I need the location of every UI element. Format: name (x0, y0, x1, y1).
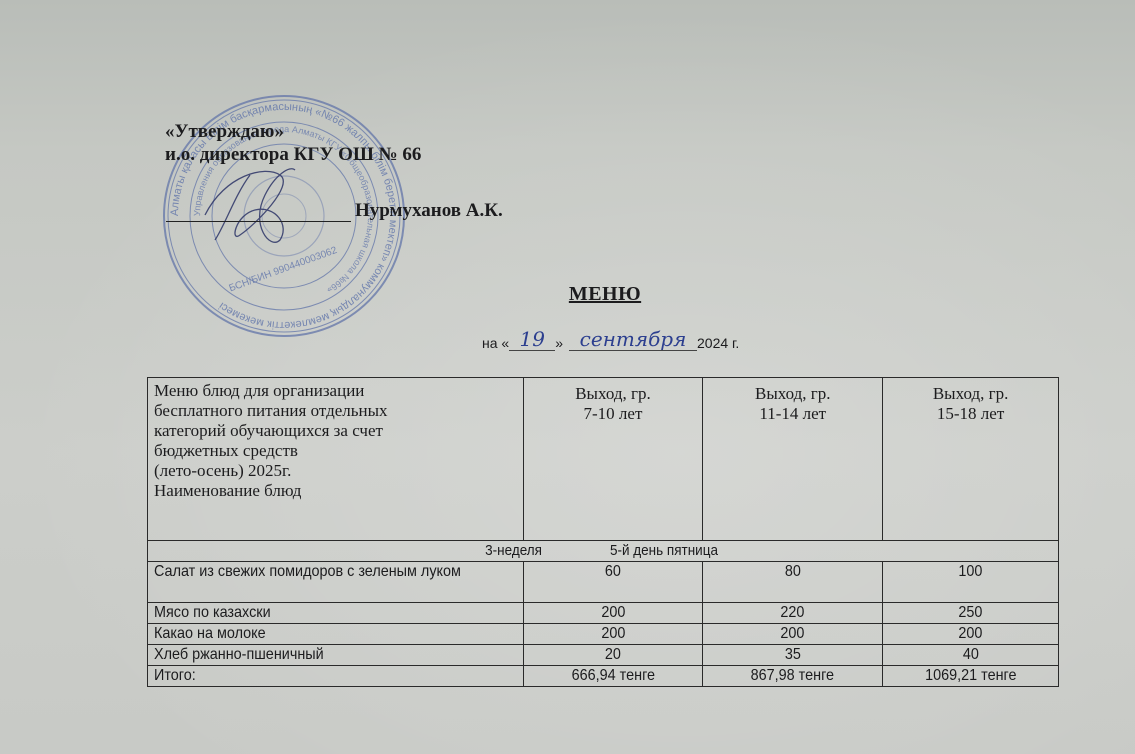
date-prefix: на « (482, 335, 509, 351)
portion-15-18: 100 (883, 562, 1059, 603)
total-7-10: 666,94 тенге (523, 666, 703, 687)
week-day-cell: 3-неделя5-й день пятница (148, 541, 1059, 562)
date-day: 19 (509, 327, 555, 351)
table-row: Какао на молоке 200 200 200 (148, 624, 1059, 645)
portion-7-10: 20 (523, 645, 703, 666)
header-line: категорий обучающихся за счет (154, 421, 517, 441)
value: 220 (781, 603, 805, 623)
total-value: 666,94 тенге (571, 666, 654, 686)
value: 40 (963, 645, 979, 665)
header-col-title: Выход, гр. (889, 384, 1052, 404)
page-title: МЕНЮ (0, 283, 1135, 306)
value: 80 (785, 562, 801, 582)
table-row: Хлеб ржанно-пшеничный 20 35 40 (148, 645, 1059, 666)
table-header-row: Меню блюд для организации бесплатного пи… (148, 378, 1059, 541)
header-col-age: 11-14 лет (709, 404, 876, 424)
menu-table: Меню блюд для организации бесплатного пи… (147, 377, 1059, 687)
portion-15-18: 200 (883, 624, 1059, 645)
portion-7-10: 200 (523, 624, 703, 645)
director-position: и.о. директора КГУ ОШ № 66 (165, 143, 421, 166)
header-line: (лето-осень) 2025г. (154, 461, 517, 481)
value: 200 (601, 624, 625, 644)
total-value: 867,98 тенге (751, 666, 834, 686)
portion-15-18: 250 (883, 603, 1059, 624)
dish-name-text: Салат из свежих помидоров с зеленым луко… (154, 562, 461, 582)
menu-date: на « 19 » сентября 2024 г. (482, 332, 739, 351)
portion-15-18: 40 (883, 645, 1059, 666)
total-row: Итого: 666,94 тенге 867,98 тенге 1069,21… (148, 666, 1059, 687)
table-row: Салат из свежих помидоров с зеленым луко… (148, 562, 1059, 603)
date-month: сентября (569, 327, 697, 351)
portion-11-14: 35 (703, 645, 883, 666)
header-col-title: Выход, гр. (530, 384, 697, 404)
header-output-15-18: Выход, гр. 15-18 лет (883, 378, 1059, 541)
header-line: Наименование блюд (154, 481, 517, 501)
portion-11-14: 80 (703, 562, 883, 603)
total-label-text: Итого: (154, 666, 196, 686)
signature-line (166, 203, 351, 222)
dish-name: Салат из свежих помидоров с зеленым луко… (148, 562, 524, 603)
header-dish-name: Меню блюд для организации бесплатного пи… (148, 378, 524, 541)
table-row: Мясо по казахски 200 220 250 (148, 603, 1059, 624)
header-line: Меню блюд для организации (154, 381, 517, 401)
dish-name-text: Хлеб ржанно-пшеничный (154, 645, 324, 665)
portion-7-10: 60 (523, 562, 703, 603)
value: 35 (785, 645, 801, 665)
date-suffix: 2024 г. (697, 335, 739, 351)
date-day-field: 19 (509, 332, 555, 351)
dish-name: Мясо по казахски (148, 603, 524, 624)
week-day-row: 3-неделя5-й день пятница (148, 541, 1059, 562)
value: 250 (959, 603, 983, 623)
value: 60 (605, 562, 621, 582)
value: 200 (601, 603, 625, 623)
total-11-14: 867,98 тенге (703, 666, 883, 687)
total-value: 1069,21 тенге (925, 666, 1016, 686)
value: 200 (959, 624, 983, 644)
portion-11-14: 220 (703, 603, 883, 624)
value: 100 (959, 562, 983, 582)
header-line: бесплатного питания отдельных (154, 401, 517, 421)
total-15-18: 1069,21 тенге (883, 666, 1059, 687)
header-output-7-10: Выход, гр. 7-10 лет (523, 378, 703, 541)
portion-7-10: 200 (523, 603, 703, 624)
dish-name-text: Мясо по казахски (154, 603, 271, 623)
value: 200 (781, 624, 805, 644)
dish-name: Какао на молоке (148, 624, 524, 645)
date-month-field: сентября (569, 332, 697, 351)
header-output-11-14: Выход, гр. 11-14 лет (703, 378, 883, 541)
portion-11-14: 200 (703, 624, 883, 645)
signatory-name: Нурмуханов А.К. (355, 200, 503, 222)
date-mid: » (555, 335, 563, 351)
header-col-title: Выход, гр. (709, 384, 876, 404)
header-line: бюджетных средств (154, 441, 517, 461)
dish-name: Хлеб ржанно-пшеничный (148, 645, 524, 666)
total-label: Итого: (148, 666, 524, 687)
dish-name-text: Какао на молоке (154, 624, 266, 644)
approval-block: «Утверждаю» и.о. директора КГУ ОШ № 66 (165, 120, 421, 166)
header-col-age: 15-18 лет (889, 404, 1052, 424)
approve-label: «Утверждаю» (165, 120, 421, 143)
header-col-age: 7-10 лет (530, 404, 697, 424)
week-label: 3-неделя (486, 541, 543, 561)
signature-row: Нурмуханов А.К. (166, 200, 503, 222)
day-label: 5-й день пятница (610, 541, 718, 561)
value: 20 (605, 645, 621, 665)
